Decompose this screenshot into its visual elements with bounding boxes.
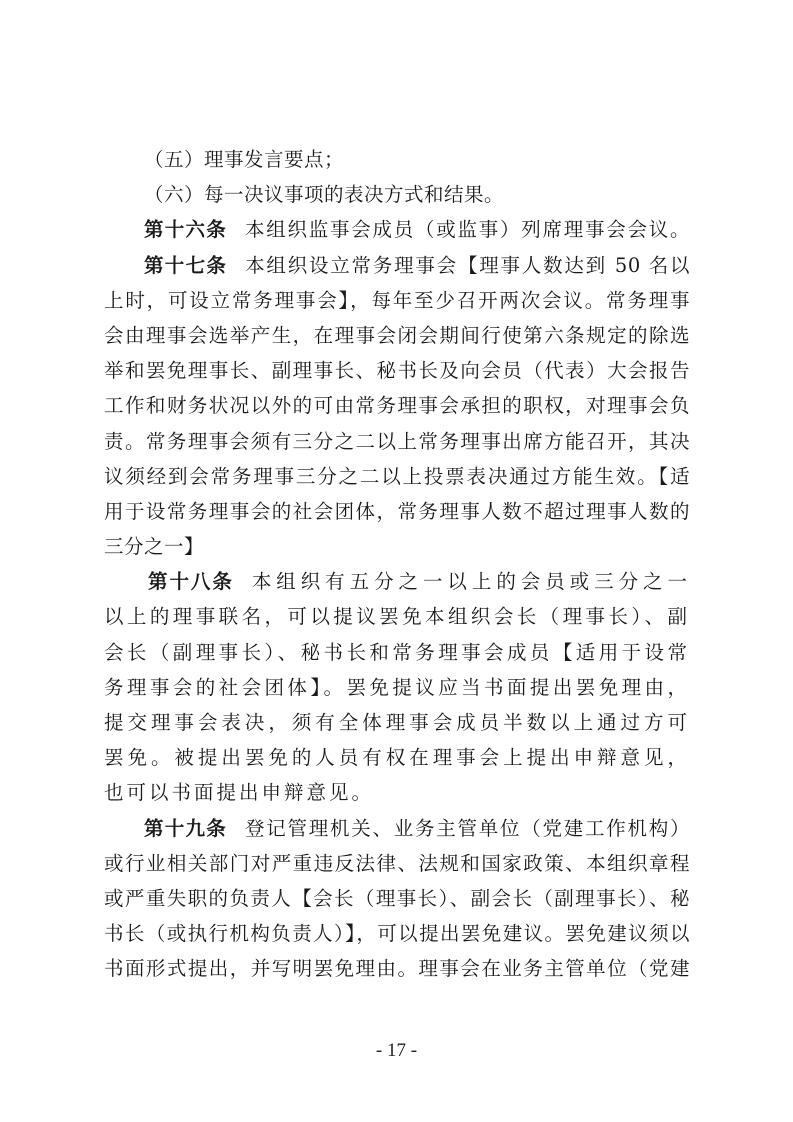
document-page: （五）理事发言要点； （六）每一决议事项的表决方式和结果。 第十六条本组织监事会… xyxy=(0,0,793,1122)
paragraph-line: 会由理事会选举产生，在理事会闭会期间行使第六条规定的除选 xyxy=(104,318,690,353)
article-18: 第十八条本组织有五分之一以上的会员或三分之一 xyxy=(104,564,690,599)
article-heading: 第十九条 xyxy=(144,817,227,840)
line-text: 登记管理机关、业务主管单位（党建工作机构） xyxy=(245,817,690,840)
line-text: 本组织有五分之一以上的会员或三分之一 xyxy=(252,570,690,593)
line-text: 本组织监事会成员（或监事）列席理事会会议。 xyxy=(245,218,690,241)
paragraph-line: 议须经到会常务理事三分之二以上投票表决通过方能生效。【适 xyxy=(104,459,690,494)
line-text: 也可以书面提出申辩意见。 xyxy=(104,781,374,804)
line-text: 会由理事会选举产生，在理事会闭会期间行使第六条规定的除选 xyxy=(104,324,690,347)
article-19: 第十九条登记管理机关、业务主管单位（党建工作机构） xyxy=(104,811,690,846)
article-17: 第十七条本组织设立常务理事会【理事人数达到 50 名以 xyxy=(104,248,690,283)
article-heading: 第十六条 xyxy=(144,218,227,241)
line-text: （六）每一决议事项的表决方式和结果。 xyxy=(144,183,504,206)
paragraph-line: 书长（或执行机构负责人）】，可以提出罢免建议。罢免建议须以 xyxy=(104,916,690,951)
line-text: 以上的理事联名，可以提议罢免本组织会长（理事长）、副 xyxy=(104,605,690,628)
line-text: 用于设常务理事会的社会团体，常务理事人数不超过理事人数的 xyxy=(104,500,690,523)
article-heading: 第十八条 xyxy=(148,570,234,593)
line-text: 三分之一】 xyxy=(104,535,204,558)
line-text: 提交理事会表决，须有全体理事会成员半数以上通过方可 xyxy=(104,711,690,734)
line-text: 举和罢免理事长、副理事长、秘书长及向会员（代表）大会报告 xyxy=(104,359,690,382)
paragraph-line: 用于设常务理事会的社会团体，常务理事人数不超过理事人数的 xyxy=(104,494,690,529)
article-16: 第十六条本组织监事会成员（或监事）列席理事会会议。 xyxy=(104,212,690,247)
list-item-5: （五）理事发言要点； xyxy=(104,142,690,177)
line-text: 议须经到会常务理事三分之二以上投票表决通过方能生效。【适 xyxy=(104,465,690,488)
paragraph-line: 或严重失职的负责人【会长（理事长）、副会长（副理事长）、秘 xyxy=(104,881,690,916)
line-text: 上时，可设立常务理事会】，每年至少召开两次会议。常务理事 xyxy=(104,289,690,312)
paragraph-line: 也可以书面提出申辩意见。 xyxy=(104,775,690,810)
paragraph-line: 工作和财务状况以外的可由常务理事会承担的职权，对理事会负 xyxy=(104,388,690,423)
paragraph-line: 举和罢免理事长、副理事长、秘书长及向会员（代表）大会报告 xyxy=(104,353,690,388)
line-text: 书面形式提出，并写明罢免理由。理事会在业务主管单位（党建 xyxy=(104,957,690,980)
paragraph-line: 提交理事会表决，须有全体理事会成员半数以上通过方可 xyxy=(104,705,690,740)
line-text: 或严重失职的负责人【会长（理事长）、副会长（副理事长）、秘 xyxy=(104,887,690,910)
paragraph-line: 务理事会的社会团体】。罢免提议应当书面提出罢免理由， xyxy=(104,670,690,705)
line-text: 务理事会的社会团体】。罢免提议应当书面提出罢免理由， xyxy=(104,676,690,699)
line-text: 责。常务理事会须有三分之二以上常务理事出席方能召开，其决 xyxy=(104,430,690,453)
line-text: 书长（或执行机构负责人）】，可以提出罢免建议。罢免建议须以 xyxy=(104,922,690,945)
line-text: （五）理事发言要点； xyxy=(144,148,344,171)
paragraph-line: 上时，可设立常务理事会】，每年至少召开两次会议。常务理事 xyxy=(104,283,690,318)
paragraph-line: 书面形式提出，并写明罢免理由。理事会在业务主管单位（党建 xyxy=(104,951,690,986)
paragraph-line: 或行业相关部门对严重违反法律、法规和国家政策、本组织章程 xyxy=(104,846,690,881)
line-text: 本组织设立常务理事会【理事人数达到 50 名以 xyxy=(245,254,690,277)
article-heading: 第十七条 xyxy=(144,254,227,277)
paragraph-line: 罢免。被提出罢免的人员有权在理事会上提出申辩意见， xyxy=(104,740,690,775)
paragraph-line: 以上的理事联名，可以提议罢免本组织会长（理事长）、副 xyxy=(104,599,690,634)
line-text: 或行业相关部门对严重违反法律、法规和国家政策、本组织章程 xyxy=(104,852,690,875)
line-text: 罢免。被提出罢免的人员有权在理事会上提出申辩意见， xyxy=(104,746,690,769)
paragraph-line: 会长（副理事长）、秘书长和常务理事会成员【适用于设常 xyxy=(104,635,690,670)
paragraph-line: 三分之一】 xyxy=(104,529,690,564)
list-item-6: （六）每一决议事项的表决方式和结果。 xyxy=(104,177,690,212)
page-number: - 17 - xyxy=(0,1040,793,1062)
document-body: （五）理事发言要点； （六）每一决议事项的表决方式和结果。 第十六条本组织监事会… xyxy=(104,142,690,987)
line-text: 会长（副理事长）、秘书长和常务理事会成员【适用于设常 xyxy=(104,641,690,664)
paragraph-line: 责。常务理事会须有三分之二以上常务理事出席方能召开，其决 xyxy=(104,424,690,459)
line-text: 工作和财务状况以外的可由常务理事会承担的职权，对理事会负 xyxy=(104,394,690,417)
